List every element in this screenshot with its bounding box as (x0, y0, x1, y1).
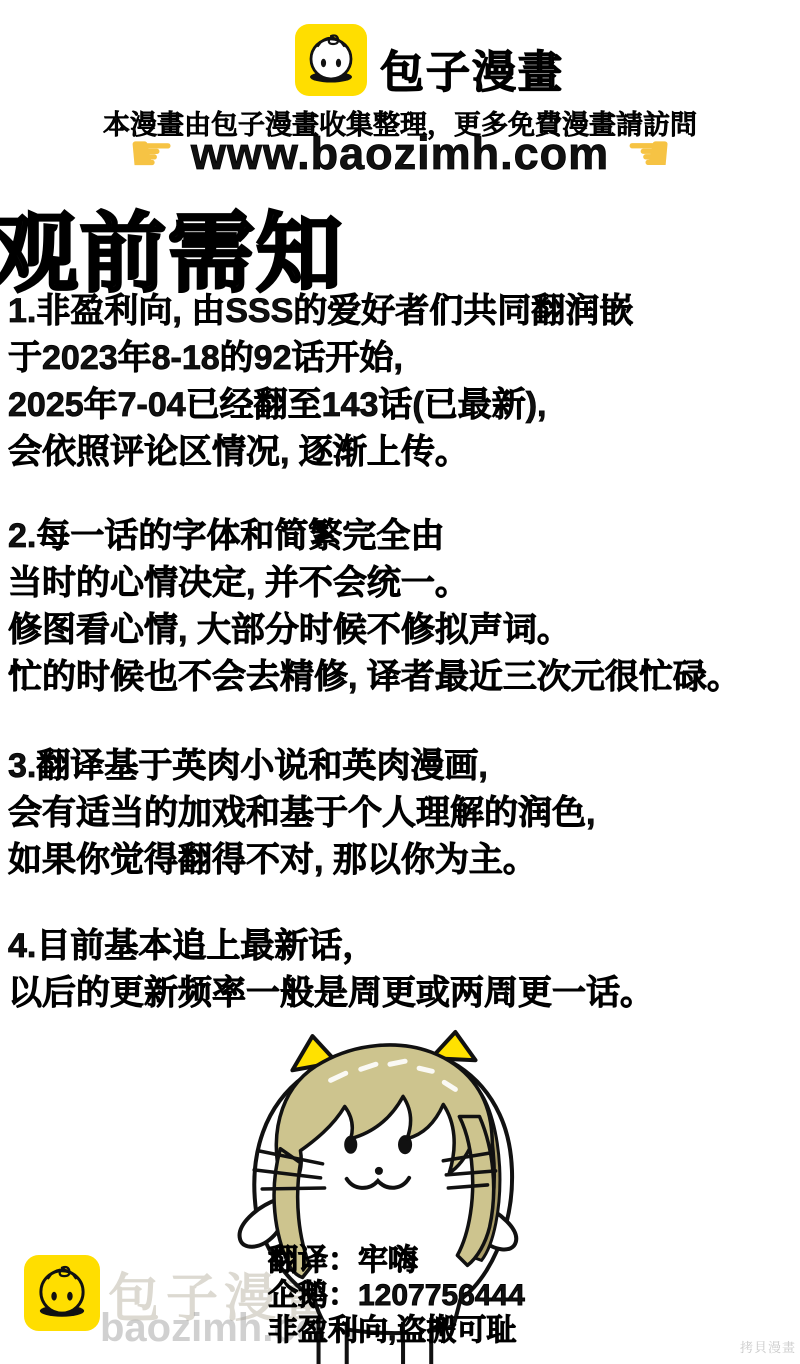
notice-line: 忙的时候也不会去精修, 译者最近三次元很忙碌。 (8, 654, 741, 701)
baozi-logo-icon (295, 24, 367, 96)
notice-line: 以后的更新频率一般是周更或两周更一话。 (8, 970, 654, 1017)
point-right-icon: ☛ (128, 128, 175, 180)
notice-line: 会依照评论区情况, 逐渐上传。 (8, 429, 633, 476)
notice-line: 会有适当的加戏和基于个人理解的润色, (8, 790, 595, 837)
notice-paragraph-4: 4.目前基本追上最新话， 以后的更新频率一般是周更或两周更一话。 (8, 923, 654, 1017)
credit-qq: 企鹅：1207756444 (268, 1278, 525, 1313)
notice-line: 于2023年8-18的92话开始, (8, 335, 633, 382)
credits-block: 翻译：牢嗨 企鹅：1207756444 非盈利向,盗搬可耻 (268, 1243, 525, 1348)
corner-watermark-text: 拷貝漫畫 (740, 1337, 796, 1356)
credit-note: 非盈利向,盗搬可耻 (268, 1313, 525, 1348)
page: 包子漫畫 本漫畫由包子漫畫收集整理，更多免費漫畫請訪問 ☛ www.baozim… (0, 0, 800, 1364)
site-url: www.baozimh.com (191, 128, 609, 180)
notice-paragraph-3: 3.翻译基于英肉小说和英肉漫画, 会有适当的加戏和基于个人理解的润色, 如果你觉… (8, 743, 595, 884)
notice-line: 2025年7-04已经翻至143话(已最新), (8, 382, 633, 429)
notice-paragraph-2: 2.每一话的字体和简繁完全由 当时的心情决定, 并不会统一。 修图看心情, 大部… (8, 513, 741, 701)
notice-paragraph-1: 1.非盈利向, 由SSS的爱好者们共同翻润嵌 于2023年8-18的92话开始,… (8, 288, 633, 476)
url-line: ☛ www.baozimh.com ☚ (0, 128, 800, 180)
notice-line: 2.每一话的字体和简繁完全由 (8, 513, 741, 560)
notice-line: 当时的心情决定, 并不会统一。 (8, 560, 741, 607)
notice-line: 4.目前基本追上最新话， (8, 923, 654, 970)
notice-line: 如果你觉得翻得不对, 那以你为主。 (8, 837, 595, 884)
notice-line: 修图看心情, 大部分时候不修拟声词。 (8, 607, 741, 654)
notice-line: 3.翻译基于英肉小说和英肉漫画, (8, 743, 595, 790)
notice-line: 1.非盈利向, 由SSS的爱好者们共同翻润嵌 (8, 288, 633, 335)
brand-title: 包子漫畫 (380, 36, 564, 100)
point-left-icon: ☚ (625, 128, 672, 180)
baozi-watermark-logo-icon (24, 1255, 100, 1331)
credit-translator: 翻译：牢嗨 (268, 1243, 525, 1278)
